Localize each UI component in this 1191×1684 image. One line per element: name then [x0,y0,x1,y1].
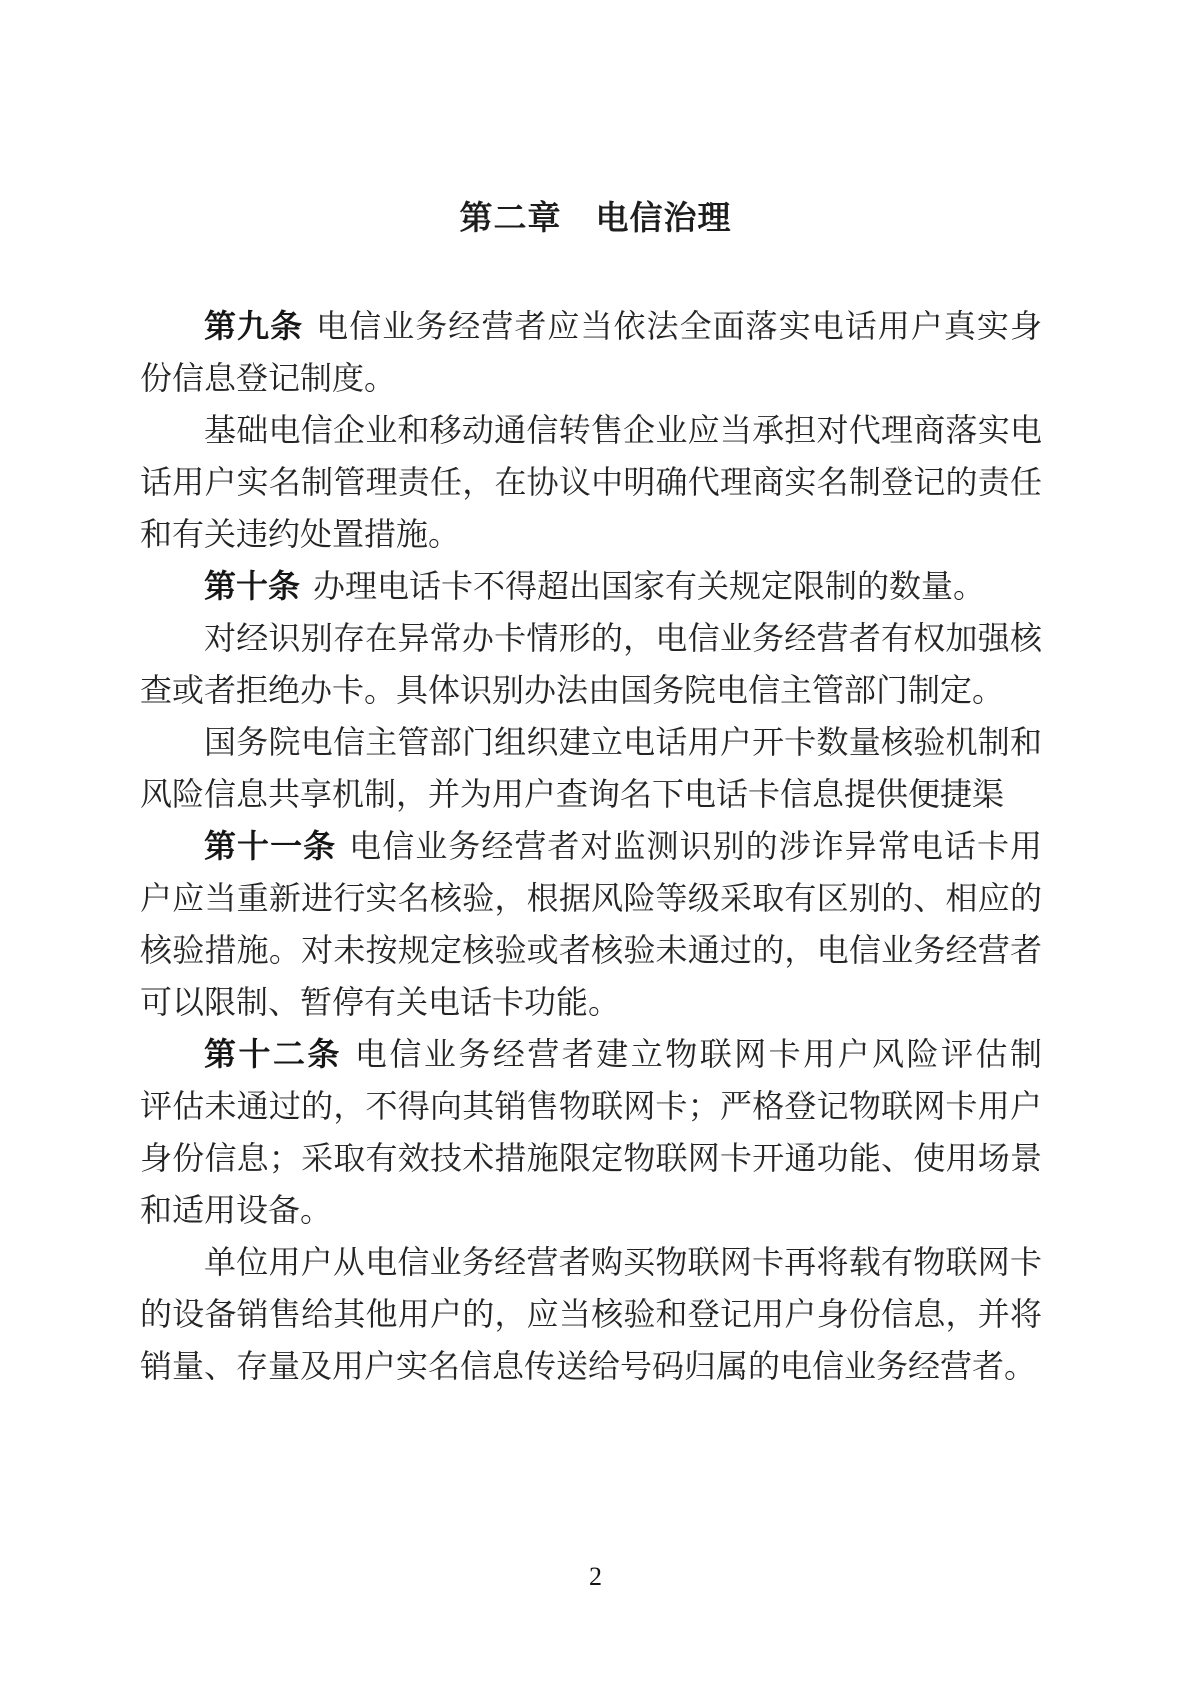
text-line: 的设备销售给其他用户的，应当核验和登记用户身份信息，并将 [140,1288,1042,1340]
text-line: 份信息登记制度。 [140,352,1042,404]
article-number: 第十二条 [204,1036,342,1072]
text-line: 户应当重新进行实名核验，根据风险等级采取有区别的、相应的 [140,872,1042,924]
line-text: 办理电话卡不得超出国家有关规定限制的数量。 [313,568,985,604]
line-text: 评估未通过的，不得向其销售物联网卡；严格登记物联网卡用户 [140,1088,1042,1124]
line-text: 和适用设备。 [140,1192,332,1228]
text-line: 销量、存量及用户实名信息传送给号码归属的电信业务经营者。 [140,1340,1042,1392]
text-line: 第十二条电信业务经营者建立物联网卡用户风险评估制度， [140,1028,1042,1080]
line-text: 的设备销售给其他用户的，应当核验和登记用户身份信息，并将 [140,1296,1042,1332]
line-text: 和有关违约处置措施。 [140,516,460,552]
text-line: 第十条办理电话卡不得超出国家有关规定限制的数量。 [140,560,1042,612]
line-text: 户应当重新进行实名核验，根据风险等级采取有区别的、相应的 [140,880,1042,916]
line-text: 基础电信企业和移动通信转售企业应当承担对代理商落实电 [204,412,1042,448]
text-line: 风险信息共享机制，并为用户查询名下电话卡信息提供便捷渠道。 [140,768,1042,820]
text-line: 和适用设备。 [140,1184,1042,1236]
article-number: 第十条 [204,568,300,604]
line-text: 国务院电信主管部门组织建立电话用户开卡数量核验机制和 [204,724,1042,760]
line-text: 单位用户从电信业务经营者购买物联网卡再将载有物联网卡 [204,1244,1042,1280]
text-line: 核验措施。对未按规定核验或者核验未通过的，电信业务经营者 [140,924,1042,976]
text-line: 和有关违约处置措施。 [140,508,1042,560]
line-text: 核验措施。对未按规定核验或者核验未通过的，电信业务经营者 [140,932,1042,968]
article-number: 第九条 [204,308,303,344]
line-text: 销量、存量及用户实名信息传送给号码归属的电信业务经营者。 [140,1348,1036,1384]
line-text: 电信业务经营者对监测识别的涉诈异常电话卡用 [349,828,1042,864]
line-text: 查或者拒绝办卡。具体识别办法由国务院电信主管部门制定。 [140,672,1004,708]
line-text: 身份信息；采取有效技术措施限定物联网卡开通功能、使用场景 [140,1140,1042,1176]
line-text: 可以限制、暂停有关电话卡功能。 [140,984,620,1020]
article-number: 第十一条 [204,828,336,864]
line-text: 对经识别存在异常办卡情形的，电信业务经营者有权加强核 [204,620,1042,656]
document-body: 第九条电信业务经营者应当依法全面落实电话用户真实身份信息登记制度。基础电信企业和… [140,300,1042,1392]
text-line: 基础电信企业和移动通信转售企业应当承担对代理商落实电 [140,404,1042,456]
text-line: 第十一条电信业务经营者对监测识别的涉诈异常电话卡用 [140,820,1042,872]
page-number: 2 [0,1562,1191,1592]
line-text: 电信业务经营者应当依法全面落实电话用户真实身 [316,308,1042,344]
text-line: 第九条电信业务经营者应当依法全面落实电话用户真实身 [140,300,1042,352]
document-page: 第二章 电信治理 第九条电信业务经营者应当依法全面落实电话用户真实身份信息登记制… [0,0,1191,1684]
text-line: 话用户实名制管理责任，在协议中明确代理商实名制登记的责任 [140,456,1042,508]
text-line: 查或者拒绝办卡。具体识别办法由国务院电信主管部门制定。 [140,664,1042,716]
text-line: 单位用户从电信业务经营者购买物联网卡再将载有物联网卡 [140,1236,1042,1288]
text-line: 身份信息；采取有效技术措施限定物联网卡开通功能、使用场景 [140,1132,1042,1184]
line-text: 话用户实名制管理责任，在协议中明确代理商实名制登记的责任 [140,464,1042,500]
chapter-title: 第二章 电信治理 [0,196,1191,240]
line-text: 份信息登记制度。 [140,360,396,396]
text-line: 评估未通过的，不得向其销售物联网卡；严格登记物联网卡用户 [140,1080,1042,1132]
line-text: 风险信息共享机制，并为用户查询名下电话卡信息提供便捷渠道。 [140,776,1004,820]
text-line: 对经识别存在异常办卡情形的，电信业务经营者有权加强核 [140,612,1042,664]
text-line: 可以限制、暂停有关电话卡功能。 [140,976,1042,1028]
text-line: 国务院电信主管部门组织建立电话用户开卡数量核验机制和 [140,716,1042,768]
